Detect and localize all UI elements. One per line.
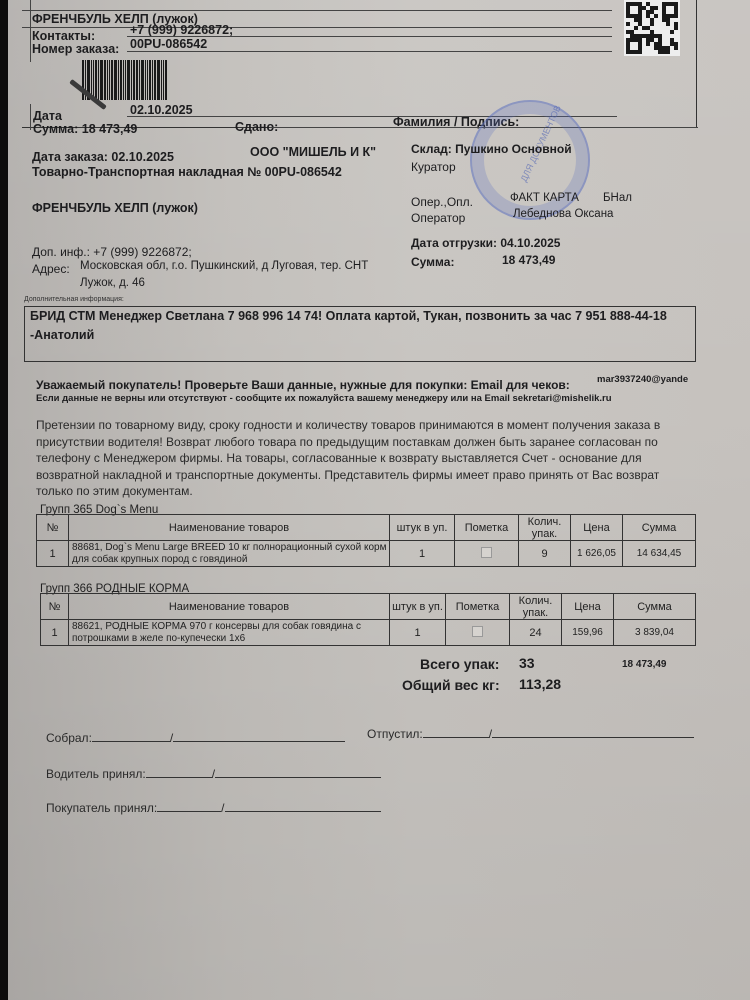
order-date: Дата заказа: 02.10.2025 [32, 150, 174, 164]
row-no: 1 [37, 541, 69, 567]
col-name: Наименование товаров [69, 594, 390, 620]
col-no: № [37, 515, 69, 541]
col-sum: Сумма [623, 515, 696, 541]
contacts-value: +7 (999) 9226872; [130, 23, 233, 37]
curator-label: Куратор [411, 160, 456, 174]
operator-value: Лебеднова Оксана [513, 208, 613, 220]
row-mark[interactable] [446, 620, 510, 646]
row-per-pack: 1 [390, 541, 455, 567]
buyer-signature: Покупатель принял:/ [46, 801, 381, 815]
payment-value: ФАКТ КАРТА [510, 192, 579, 204]
items-table-group-2: № Наименование товаров штук в уп. Пометк… [40, 593, 696, 646]
qr-code [624, 0, 680, 56]
col-price: Цена [571, 515, 623, 541]
address-line-1: Московская обл, г.о. Пушкинский, д Лугов… [80, 260, 368, 272]
col-mark: Пометка [446, 594, 510, 620]
driver-label: Водитель принял: [46, 767, 146, 781]
mark-checkbox[interactable] [472, 626, 483, 637]
col-qty: Колич. упак. [510, 594, 562, 620]
notice-subtitle: Если данные не верны или отсутствуют - с… [36, 393, 612, 404]
table-header-row: № Наименование товаров штук в уп. Пометк… [37, 515, 696, 541]
table-row: 1 88681, Dog`s Menu Large BREED 10 кг по… [37, 541, 696, 567]
items-table-group-1: № Наименование товаров штук в уп. Пометк… [36, 514, 696, 567]
released-label: Отпустил: [367, 727, 423, 741]
row-price: 1 626,05 [571, 541, 623, 567]
col-price: Цена [562, 594, 614, 620]
row-sum: 14 634,45 [623, 541, 696, 567]
warehouse: Склад: Пушкино Основной [411, 142, 572, 156]
additional-info-line-2: -Анатолий [30, 326, 690, 345]
order-number-label: Номер заказа: [32, 42, 119, 56]
buyer-label: Покупатель принял: [46, 801, 157, 815]
header-rule [22, 27, 612, 28]
col-name: Наименование товаров [69, 515, 390, 541]
total-weight-label: Общий вес кг: [402, 677, 500, 693]
date-label: Дата [33, 109, 62, 123]
row-name: 88621, РОДНЫЕ КОРМА 970 г консервы для с… [69, 620, 390, 646]
total-weight-value: 113,28 [519, 676, 561, 692]
header-left-border [30, 0, 31, 62]
total-packs-label: Всего упак: [420, 656, 499, 672]
sum-label: Сумма: 18 473,49 [33, 122, 137, 136]
row-sum: 3 839,04 [614, 620, 696, 646]
row-mark[interactable] [455, 541, 519, 567]
additional-info-text: БРИД СТМ Менеджер Светлана 7 968 996 14 … [30, 307, 690, 345]
terms-paragraph: Претензии по товарному виду, сроку годно… [36, 417, 698, 500]
driver-signature: Водитель принял:/ [46, 767, 381, 781]
row-price: 159,96 [562, 620, 614, 646]
col-sum: Сумма [614, 594, 696, 620]
row-name: 88681, Dog`s Menu Large BREED 10 кг полн… [69, 541, 390, 567]
row-qty: 9 [519, 541, 571, 567]
released-signature: Отпустил:/ [367, 727, 694, 741]
col-per-pack: штук в уп. [390, 515, 455, 541]
ship-date: Дата отгрузки: 04.10.2025 [411, 236, 560, 250]
collected-name-field[interactable] [92, 741, 170, 742]
col-per-pack: штук в уп. [390, 594, 446, 620]
table-header-row: № Наименование товаров штук в уп. Пометк… [41, 594, 696, 620]
date-value: 02.10.2025 [130, 103, 193, 117]
order-number-value: 00PU-086542 [130, 37, 207, 51]
supplier-company: ООО "МИШЕЛЬ И К" [250, 145, 376, 159]
additional-info-line-1: БРИД СТМ Менеджер Светлана 7 968 996 14 … [30, 307, 690, 326]
extra-info: Доп. инф.: +7 (999) 9226872; [32, 245, 192, 259]
payment-label: Опер.,Опл. [411, 195, 473, 209]
customer-name: ФРЕНЧБУЛЬ ХЕЛП (лужок) [32, 201, 198, 215]
barcode [82, 60, 192, 100]
col-no: № [41, 594, 69, 620]
contacts-label: Контакты: [32, 29, 95, 43]
waybill-number: Товарно-Транспортная накладная № 00PU-08… [32, 165, 342, 179]
header-rule [22, 10, 612, 11]
collected-signature-field[interactable] [173, 741, 345, 742]
address-line-2: Лужок, д. 46 [80, 277, 145, 289]
driver-name-field[interactable] [146, 777, 212, 778]
header-rule [127, 51, 612, 52]
col-mark: Пометка [455, 515, 519, 541]
total-sum-value: 18 473,49 [622, 659, 667, 670]
payment-type: БНал [603, 192, 632, 204]
buyer-signature-field[interactable] [225, 811, 381, 812]
released-signature-field[interactable] [492, 737, 694, 738]
mark-checkbox[interactable] [481, 547, 492, 558]
driver-signature-field[interactable] [215, 777, 381, 778]
address-label: Адрес: [32, 262, 70, 276]
row-no: 1 [41, 620, 69, 646]
header-left-border [30, 104, 31, 130]
row-per-pack: 1 [390, 620, 446, 646]
collected-label: Собрал: [46, 731, 92, 745]
col-qty: Колич. упак. [519, 515, 571, 541]
operator-label: Оператор [411, 211, 465, 225]
released-name-field[interactable] [423, 737, 489, 738]
sum-value: 18 473,49 [82, 122, 138, 136]
total-packs-value: 33 [519, 655, 535, 671]
collected-signature: Собрал:/ [46, 731, 345, 745]
table-row: 1 88621, РОДНЫЕ КОРМА 970 г консервы для… [41, 620, 696, 646]
receipt-email: mar3937240@yande [597, 374, 688, 385]
warehouse-sum-label: Сумма: [411, 255, 454, 269]
warehouse-sum-value: 18 473,49 [502, 253, 555, 267]
buyer-name-field[interactable] [157, 811, 221, 812]
additional-info-label: Дополнительная информация: [24, 296, 124, 303]
row-qty: 24 [510, 620, 562, 646]
notice-title: Уважаемый покупатель! Проверьте Ваши дан… [36, 378, 570, 392]
